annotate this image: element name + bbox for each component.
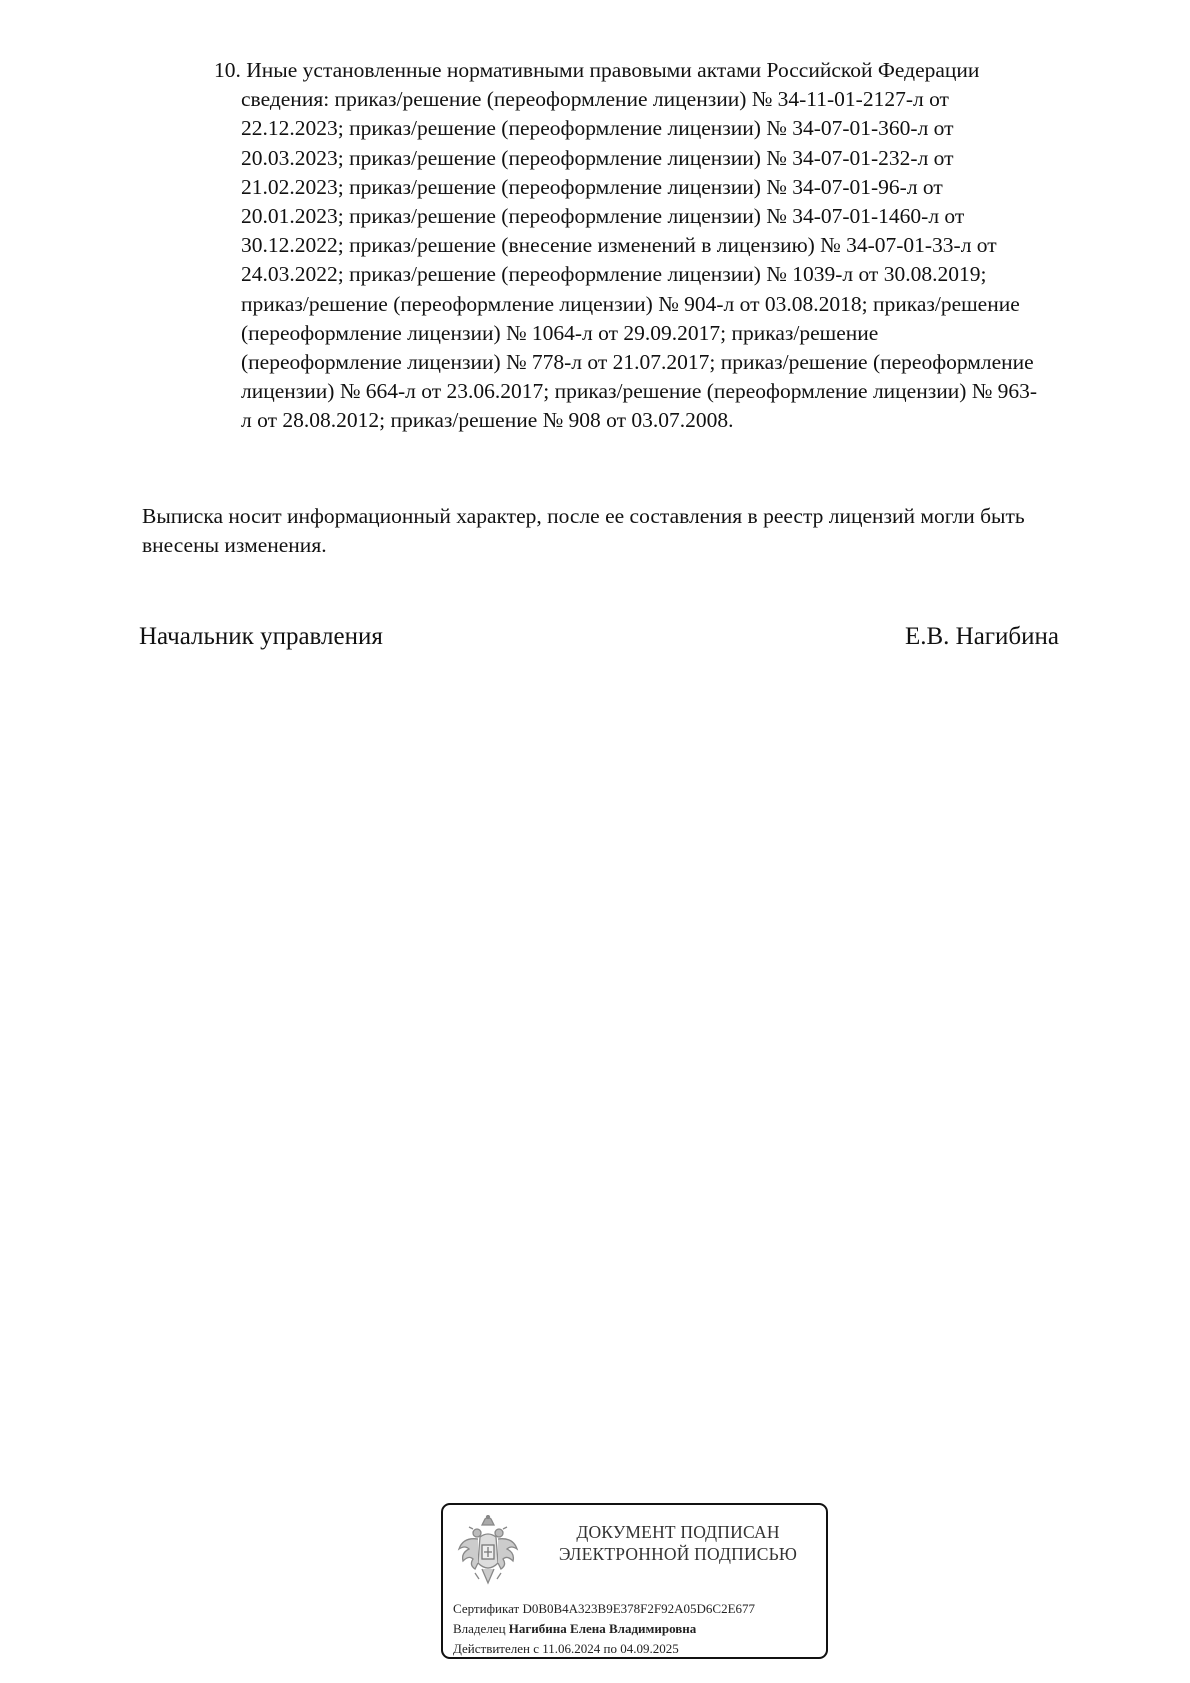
notice-line: Выписка носит информационный характер, п… (142, 502, 1142, 531)
owner-value: Нагибина Елена Владимировна (509, 1621, 697, 1636)
item-number: 10. (214, 58, 241, 82)
certificate-label: Сертификат (453, 1601, 519, 1616)
item10-line: (переоформление лицензии) № 1064-л от 29… (241, 321, 878, 345)
owner-line: Владелец Нагибина Елена Владимировна (453, 1619, 823, 1639)
item10-line: Иные установленные нормативными правовым… (246, 58, 979, 82)
stamp-heading-line: ЭЛЕКТРОННОЙ ПОДПИСЬЮ (543, 1543, 813, 1565)
owner-label: Владелец (453, 1621, 506, 1636)
item10-line: 20.01.2023; приказ/решение (переоформлен… (241, 204, 964, 228)
item10-line: приказ/решение (переоформление лицензии)… (241, 292, 1020, 316)
certificate-line: Сертификат D0B0B4A323B9E378F2F92A05D6C2E… (453, 1599, 823, 1619)
electronic-signature-stamp: ДОКУМЕНТ ПОДПИСАН ЭЛЕКТРОННОЙ ПОДПИСЬЮ С… (441, 1503, 828, 1659)
stamp-heading: ДОКУМЕНТ ПОДПИСАН ЭЛЕКТРОННОЙ ПОДПИСЬЮ (543, 1521, 813, 1565)
informational-notice: Выписка носит информационный характер, п… (142, 502, 1142, 560)
coat-of-arms-icon (455, 1515, 521, 1587)
certificate-value: D0B0B4A323B9E378F2F92A05D6C2E677 (522, 1601, 755, 1616)
stamp-details: Сертификат D0B0B4A323B9E378F2F92A05D6C2E… (453, 1599, 823, 1659)
item10-line: 20.03.2023; приказ/решение (переоформлен… (241, 146, 954, 170)
signatory-name: Е.В. Нагибина (905, 622, 1059, 652)
list-item-10: 10. Иные установленные нормативными прав… (214, 56, 1161, 436)
item10-line: лицензии) № 664-л от 23.06.2017; приказ/… (241, 379, 1037, 403)
validity-line: Действителен с 11.06.2024 по 04.09.2025 (453, 1639, 823, 1659)
stamp-heading-line: ДОКУМЕНТ ПОДПИСАН (543, 1521, 813, 1543)
item10-line: л от 28.08.2012; приказ/решение № 908 от… (241, 408, 734, 432)
item10-line: 24.03.2022; приказ/решение (переоформлен… (241, 262, 986, 286)
item10-line: (переоформление лицензии) № 778-л от 21.… (241, 350, 1034, 374)
notice-line: внесены изменения. (142, 531, 1142, 560)
item10-line: 21.02.2023; приказ/решение (переоформлен… (241, 175, 943, 199)
item10-line: 22.12.2023; приказ/решение (переоформлен… (241, 116, 954, 140)
item10-line: сведения: приказ/решение (переоформление… (241, 87, 949, 111)
item10-line: 30.12.2022; приказ/решение (внесение изм… (241, 233, 997, 257)
signatory-title: Начальник управления (139, 622, 383, 652)
